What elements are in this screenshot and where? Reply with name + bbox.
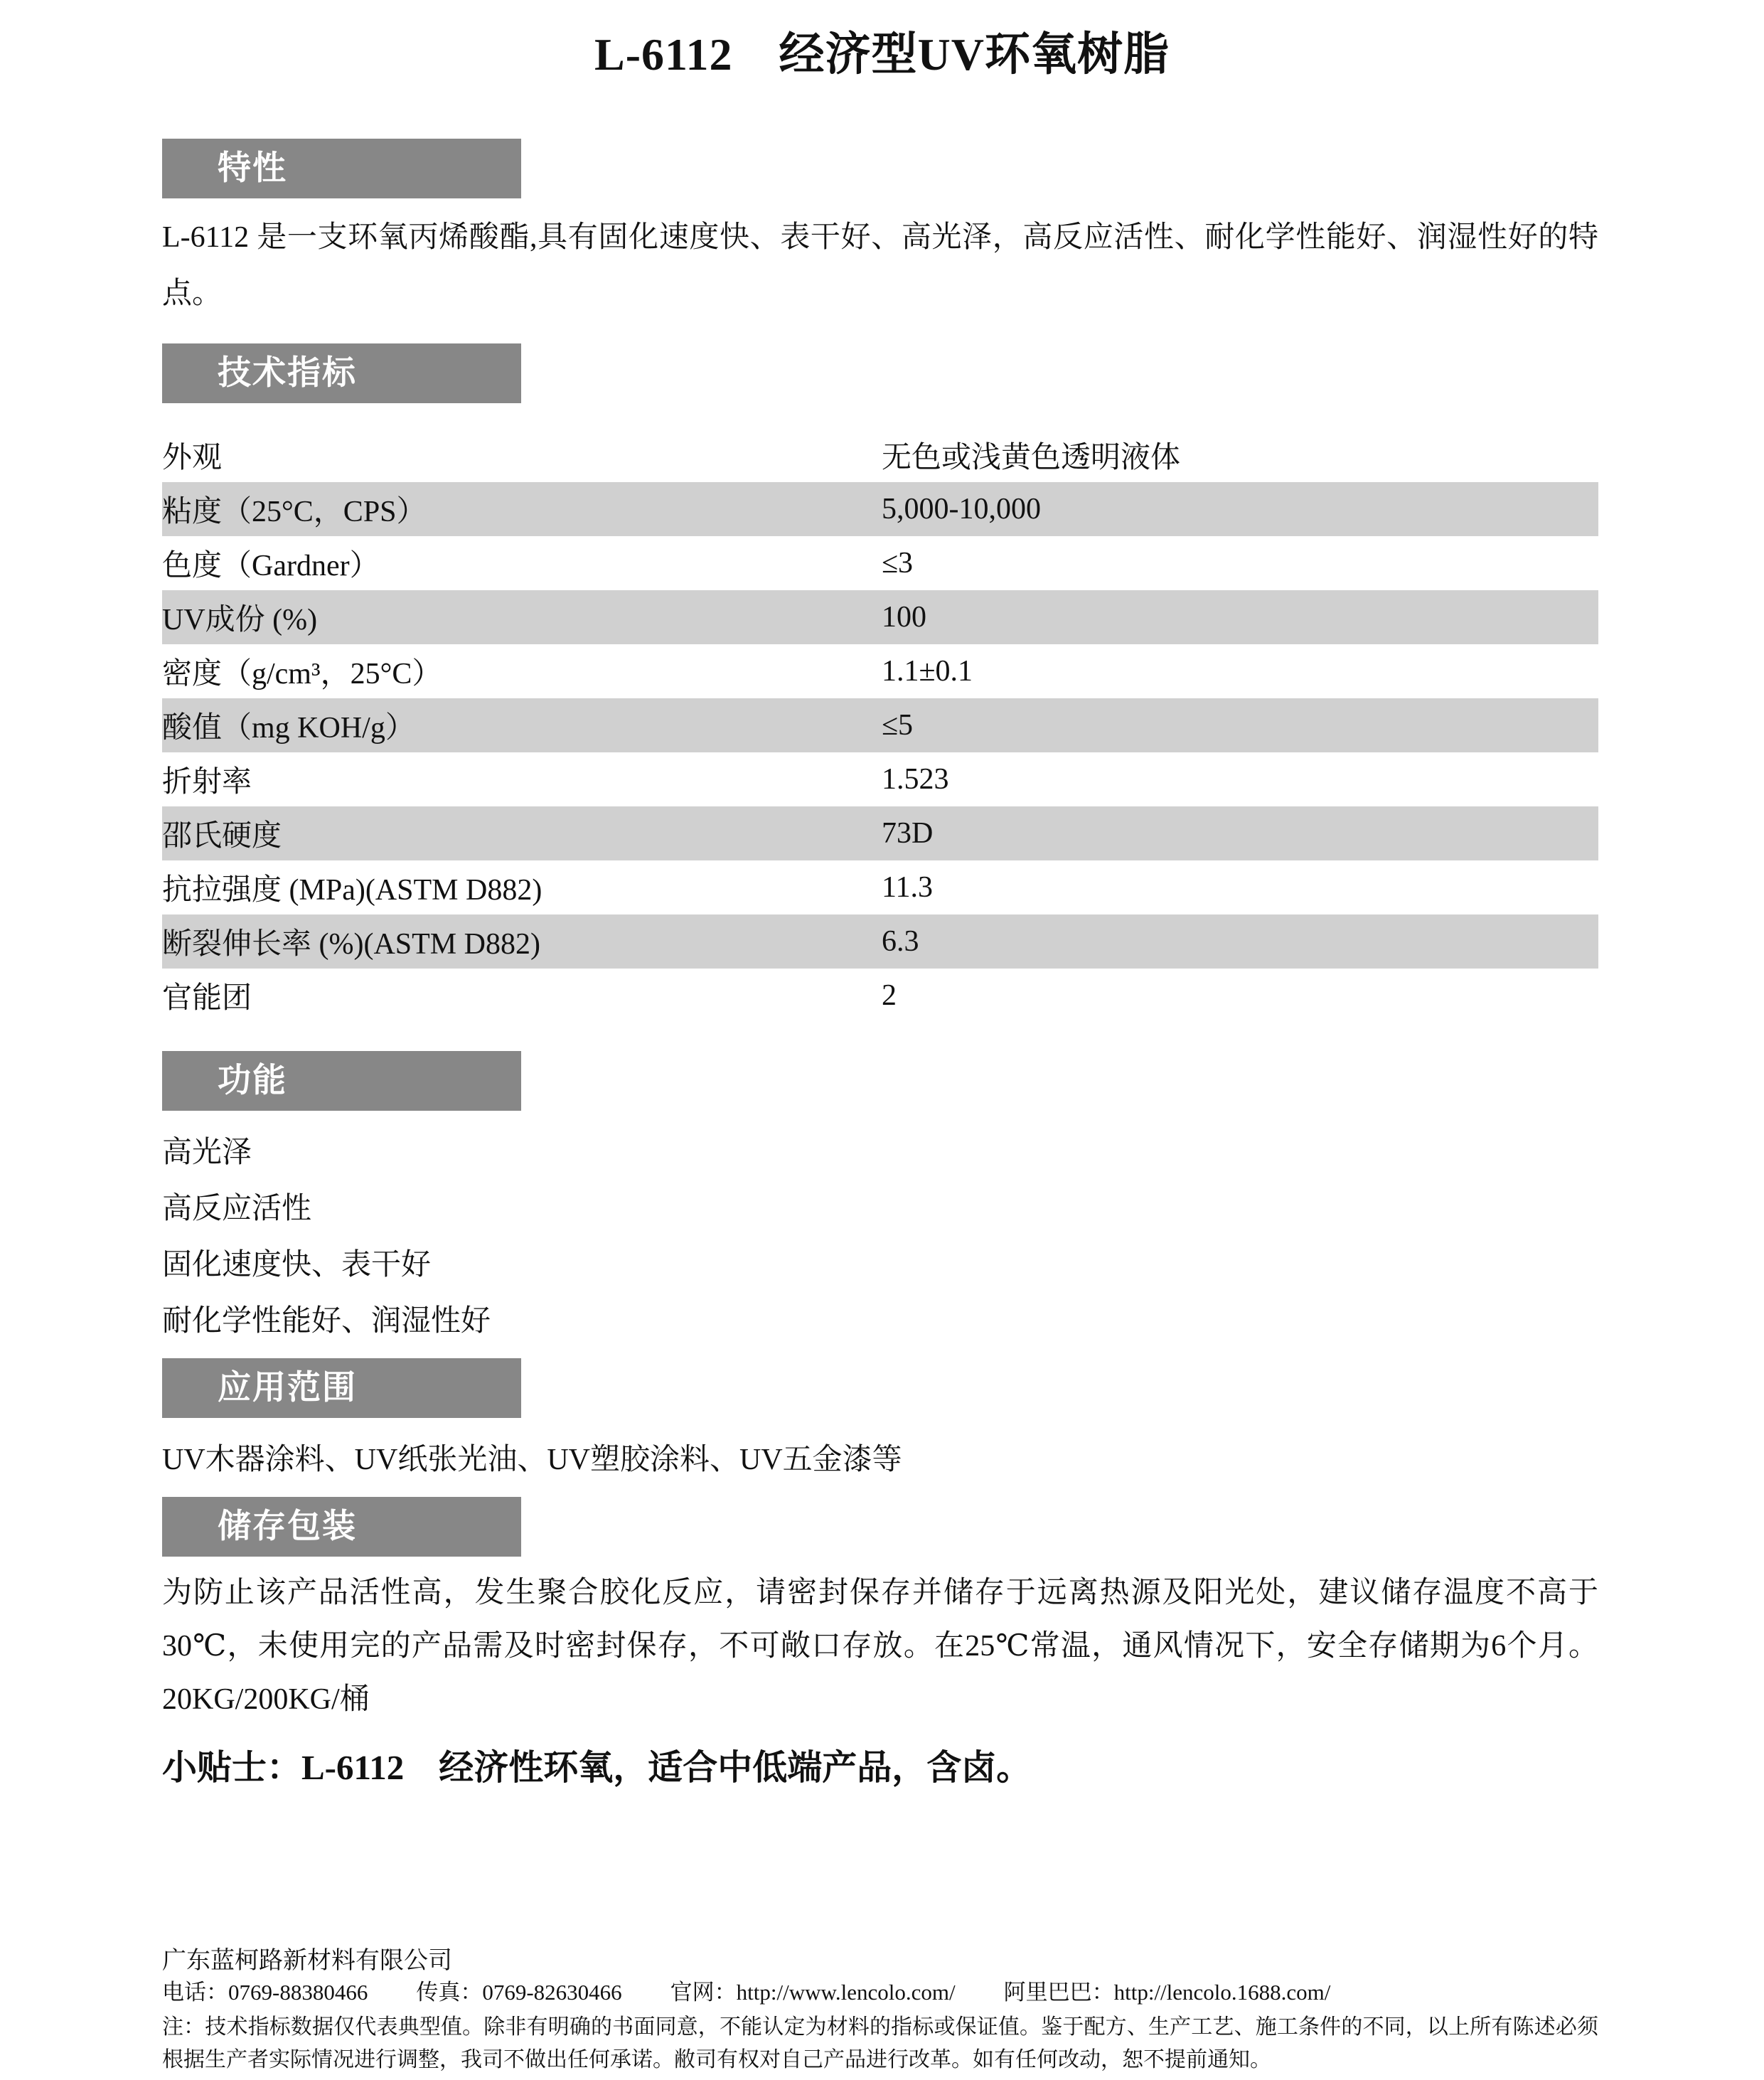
spec-row: 抗拉强度 (MPa)(ASTM D882) 11.3 [162, 860, 1598, 914]
spec-label: 外观 [162, 434, 882, 476]
spec-row: UV成份 (%) 100 [162, 590, 1598, 644]
spec-label: 色度（Gardner） [162, 542, 882, 585]
spec-value: ≤5 [882, 708, 1598, 742]
spec-label: 邵氏硬度 [162, 812, 882, 855]
footer-contacts: 电话：0769-88380466 传真：0769-82630466 官网：htt… [162, 1977, 1598, 2008]
spec-value: 无色或浅黄色透明液体 [882, 434, 1598, 476]
spec-row: 色度（Gardner） ≤3 [162, 536, 1598, 590]
datasheet-page: L-6112 经济型UV环氧树脂 特性 L-6112 是一支环氧丙烯酸酯,具有固… [0, 0, 1764, 2080]
function-list-item: 耐化学性能好、润湿性好 [162, 1294, 1598, 1350]
spec-value: 5,000-10,000 [882, 492, 1598, 526]
section-heading-specs: 技术指标 [162, 343, 521, 403]
spec-value: 1.1±0.1 [882, 654, 1598, 688]
section-heading-applications: 应用范围 [162, 1358, 521, 1418]
spec-value: 11.3 [882, 870, 1598, 905]
spec-row: 密度（g/cm³，25°C） 1.1±0.1 [162, 644, 1598, 698]
spec-row: 酸值（mg KOH/g） ≤5 [162, 698, 1598, 752]
section-heading-features: 特性 [162, 139, 521, 198]
spec-label: 官能团 [162, 974, 882, 1017]
spec-row: 折射率 1.523 [162, 752, 1598, 806]
spec-table: 外观 无色或浅黄色透明液体 粘度（25°C，CPS） 5,000-10,000 … [162, 428, 1598, 1023]
spec-row: 粘度（25°C，CPS） 5,000-10,000 [162, 482, 1598, 536]
storage-paragraph: 为防止该产品活性高，发生聚合胶化反应，请密封保存并储存于远离热源及阳光处，建议储… [162, 1567, 1598, 1727]
features-paragraph: L-6112 是一支环氧丙烯酸酯,具有固化速度快、表干好、高光泽，高反应活性、耐… [162, 210, 1598, 322]
footer-disclaimer: 注：技术指标数据仅代表典型值。除非有明确的书面同意，不能认定为材料的指标或保证值… [162, 2011, 1598, 2076]
section-heading-functions: 功能 [162, 1051, 521, 1111]
contact-alibaba-link[interactable]: 阿里巴巴：http://lencolo.1688.com/ [1004, 1977, 1331, 2008]
spec-label: 粘度（25°C，CPS） [162, 488, 882, 530]
spec-value: 73D [882, 816, 1598, 850]
applications-paragraph: UV木器涂料、UV纸张光油、UV塑胶涂料、UV五金漆等 [162, 1432, 1598, 1488]
spec-label: 酸值（mg KOH/g） [162, 704, 882, 747]
section-heading-storage: 储存包装 [162, 1497, 521, 1557]
tip-line: 小贴士：L-6112 经济性环氧，适合中低端产品，含卤。 [162, 1746, 1598, 1789]
spec-row: 外观 无色或浅黄色透明液体 [162, 428, 1598, 482]
company-name: 广东蓝柯路新材料有限公司 [162, 1946, 1598, 1977]
function-list: 高光泽 高反应活性 固化速度快、表干好 耐化学性能好、润湿性好 [162, 1125, 1598, 1350]
spec-label: 密度（g/cm³，25°C） [162, 650, 882, 693]
spec-label: 折射率 [162, 758, 882, 801]
content-container: 特性 L-6112 是一支环氧丙烯酸酯,具有固化速度快、表干好、高光泽，高反应活… [162, 139, 1598, 2076]
contact-website-link[interactable]: 官网：http://www.lencolo.com/ [670, 1977, 956, 2008]
function-list-item: 固化速度快、表干好 [162, 1237, 1598, 1294]
function-list-item: 高反应活性 [162, 1181, 1598, 1237]
function-list-item: 高光泽 [162, 1125, 1598, 1181]
spec-value: 1.523 [882, 762, 1598, 796]
spec-label: 抗拉强度 (MPa)(ASTM D882) [162, 866, 882, 909]
spec-label: 断裂伸长率 (%)(ASTM D882) [162, 920, 882, 963]
page-title: L-6112 经济型UV环氧树脂 [0, 0, 1764, 80]
spec-value: 100 [882, 600, 1598, 634]
spec-value: 2 [882, 978, 1598, 1013]
spec-value: ≤3 [882, 546, 1598, 580]
footer: 广东蓝柯路新材料有限公司 电话：0769-88380466 传真：0769-82… [162, 1946, 1598, 2076]
spec-value: 6.3 [882, 924, 1598, 959]
contact-phone: 电话：0769-88380466 [162, 1977, 368, 2008]
spec-row: 断裂伸长率 (%)(ASTM D882) 6.3 [162, 914, 1598, 969]
spec-row: 邵氏硬度 73D [162, 806, 1598, 860]
spec-row: 官能团 2 [162, 969, 1598, 1023]
contact-fax: 传真：0769-82630466 [416, 1977, 621, 2008]
spec-label: UV成份 (%) [162, 596, 882, 639]
